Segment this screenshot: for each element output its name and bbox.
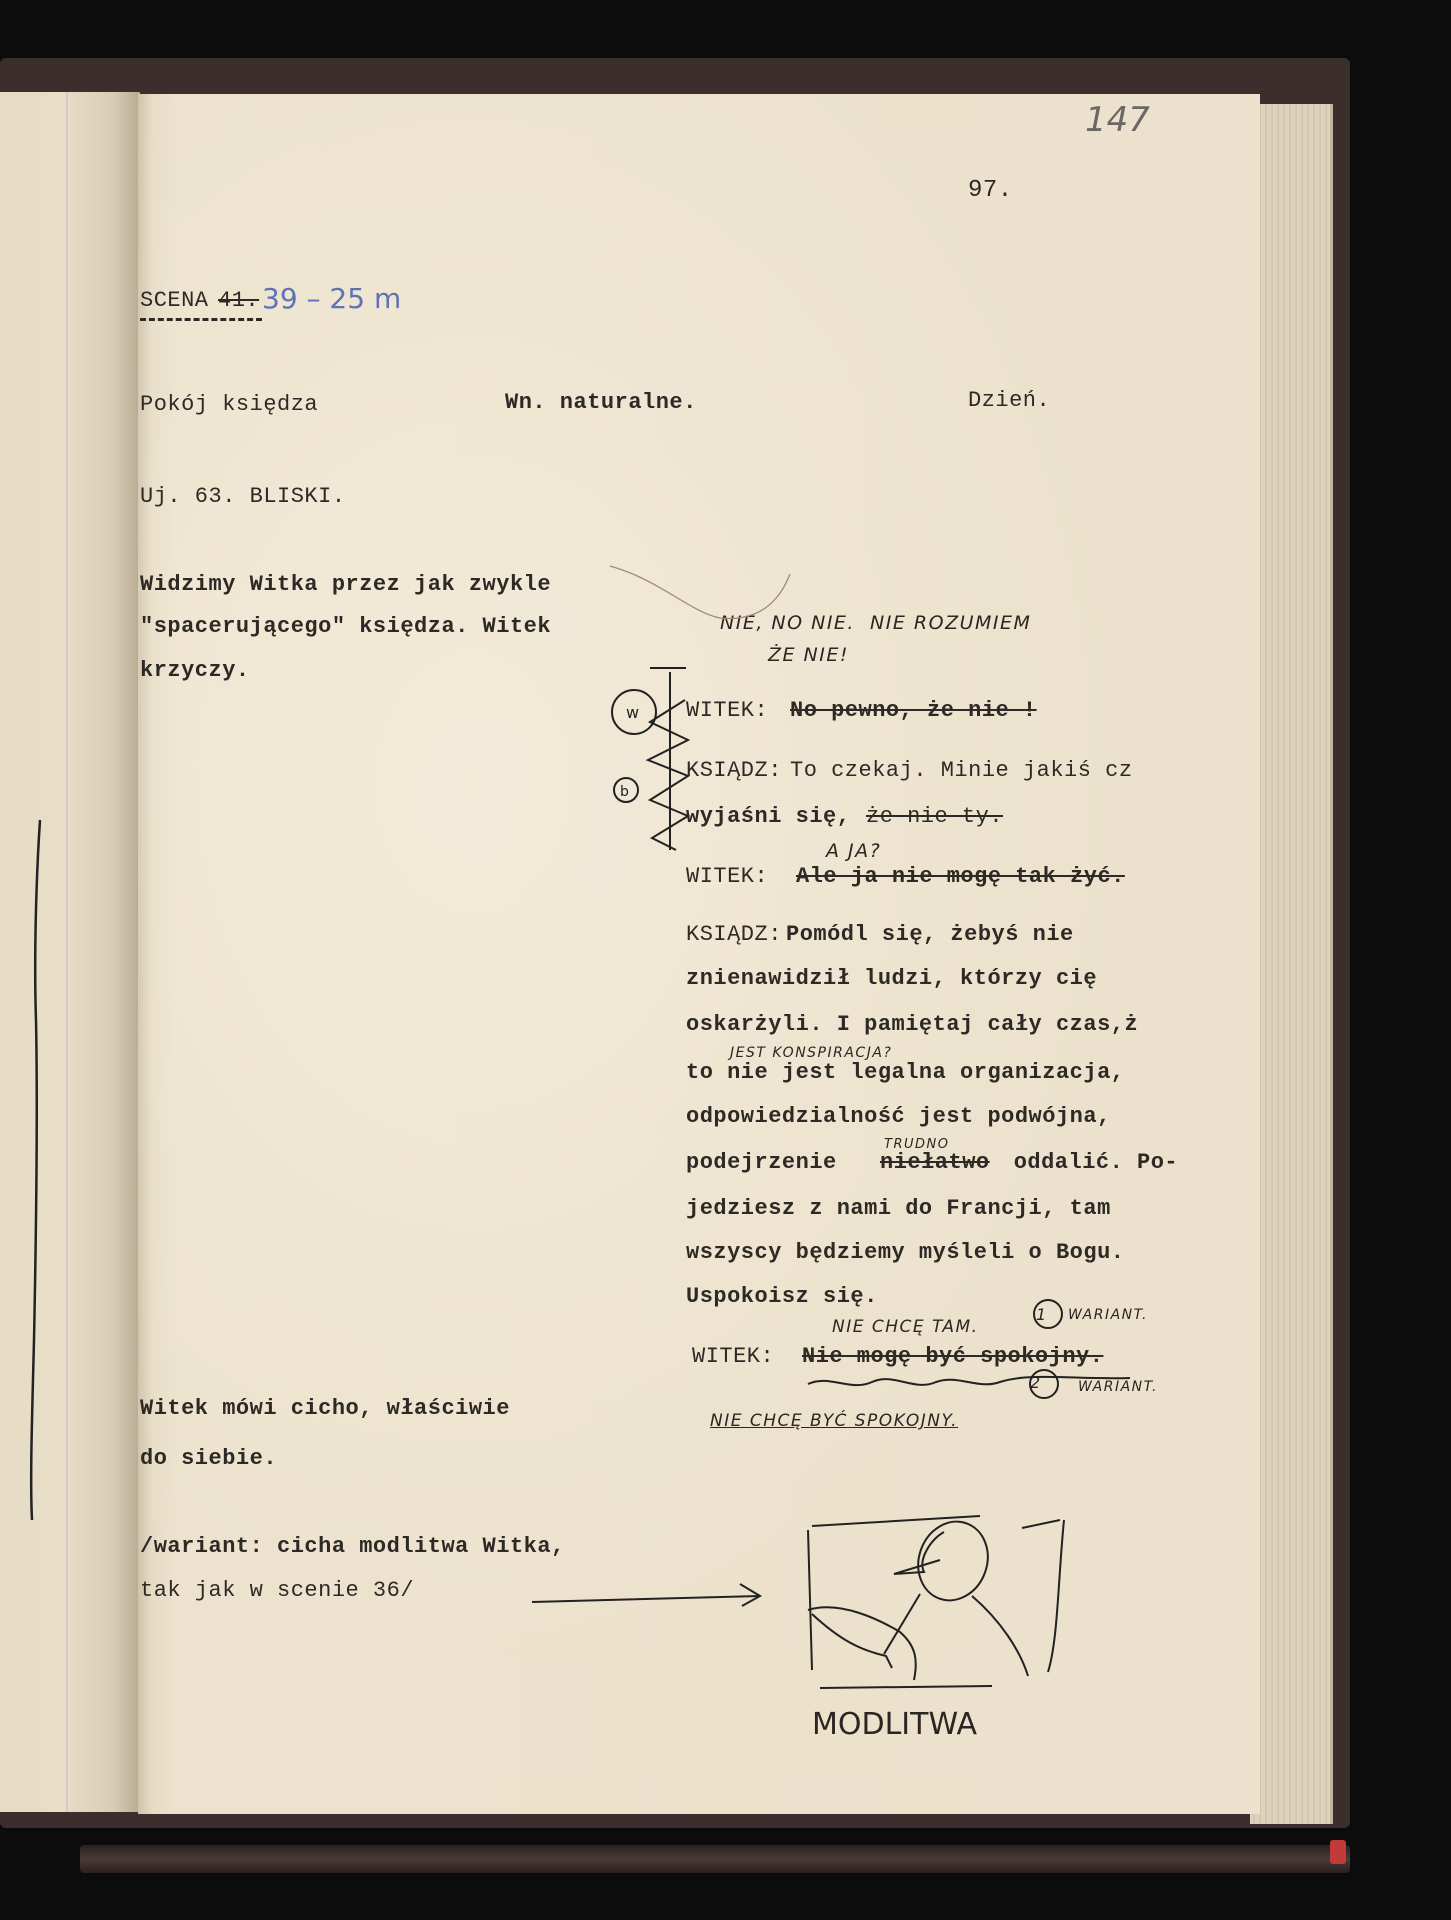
arrow-icon	[532, 1584, 760, 1606]
circle-letter-w: w	[626, 703, 639, 722]
storyboard-sketch	[808, 1512, 1064, 1688]
circle-letter-b: b	[620, 784, 629, 800]
variant-1-circle	[1034, 1300, 1062, 1328]
wavy-underline	[808, 1377, 1130, 1385]
pen-annotations: w b	[0, 0, 1451, 1920]
margin-bar	[650, 668, 686, 850]
margin-line	[31, 820, 40, 1520]
pencil-curve	[610, 566, 790, 618]
variant-2-circle	[1030, 1370, 1058, 1398]
